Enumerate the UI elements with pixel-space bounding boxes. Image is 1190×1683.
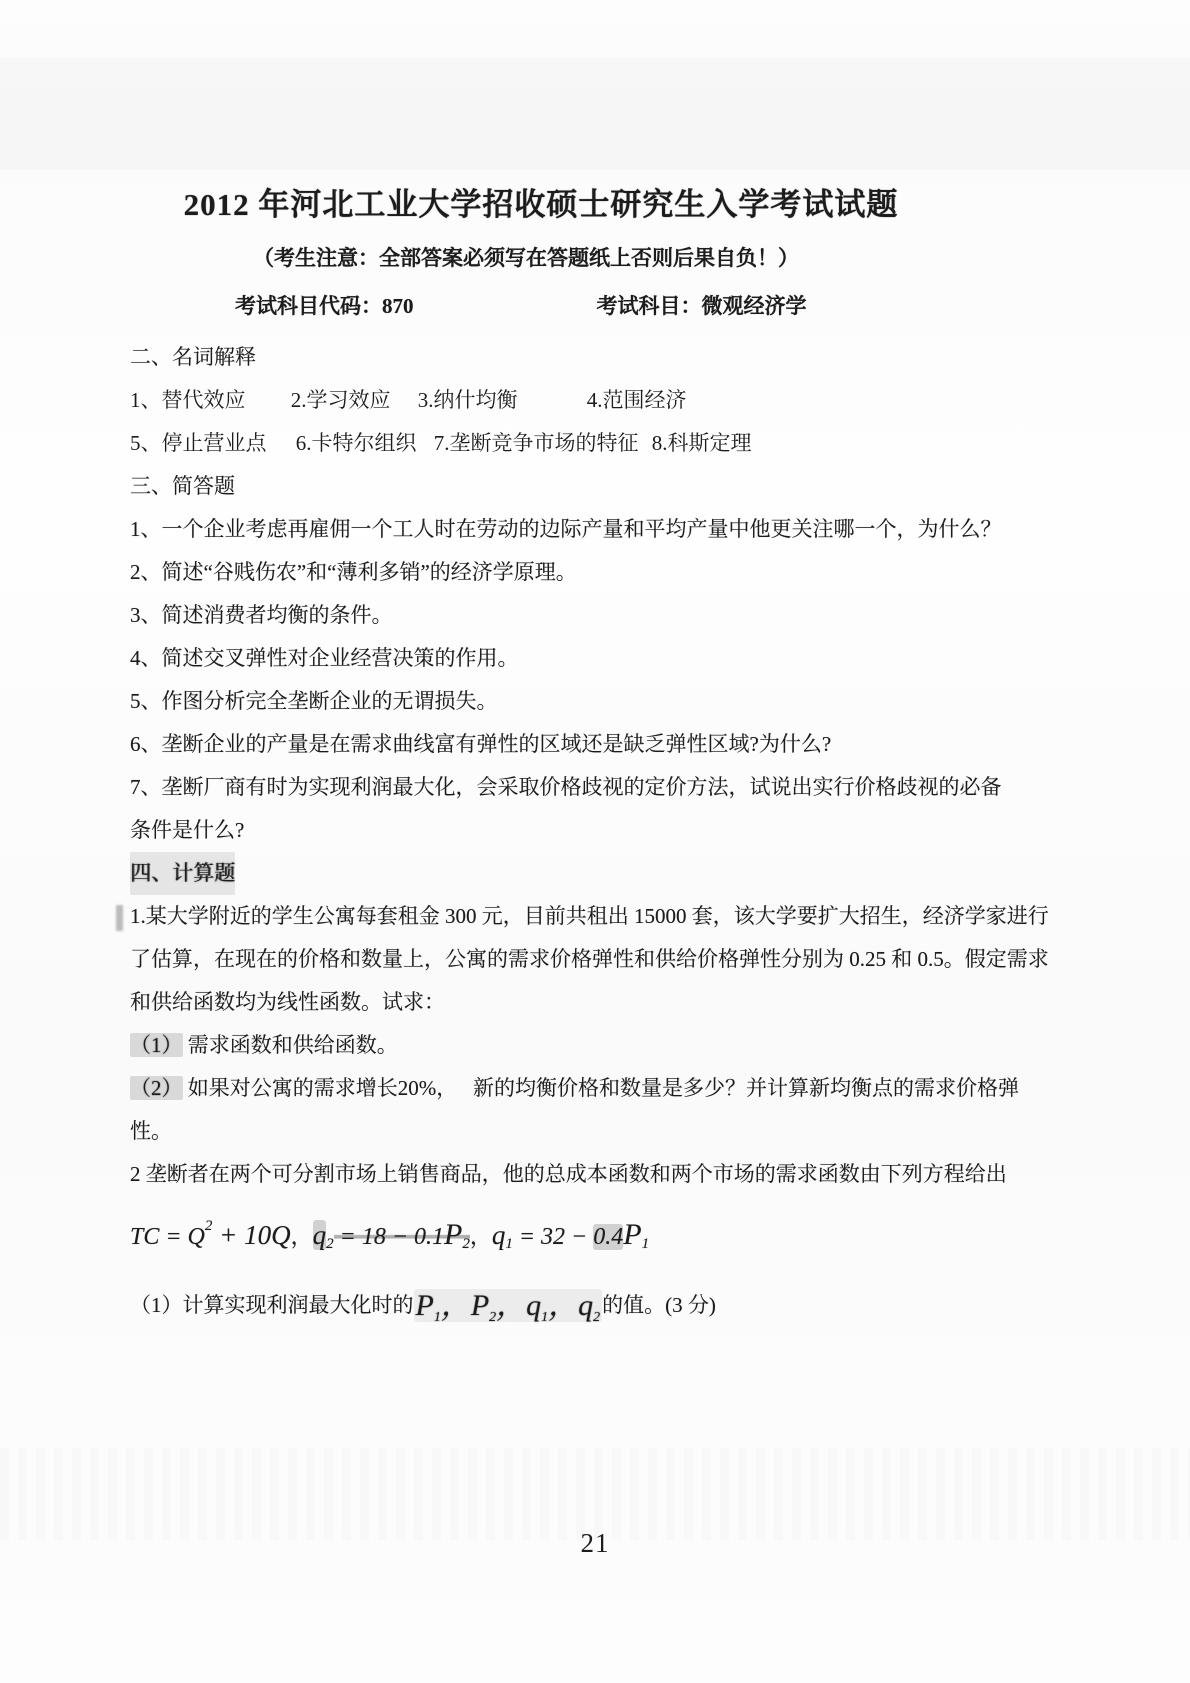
scan-artifact-band-top bbox=[0, 58, 1190, 170]
sub-question-text: 如果对公寓的需求增长20%， 新的均衡价格和数量是多少？并计算新均衡点的需求价格… bbox=[130, 1076, 1019, 1143]
subject-row: 考试科目代码：870 考试科目：微观经济学 bbox=[130, 290, 1072, 322]
sub-question-marker: （1） bbox=[130, 1033, 183, 1057]
scan-artifact-band-bottom bbox=[0, 1448, 1190, 1540]
calc-question-2-sub-1: （1）计算实现利润最大化时的P1，P2，q1，q2的值。(3 分) bbox=[130, 1284, 1070, 1339]
formula-q1-subscript: 1 bbox=[505, 1236, 513, 1252]
short-answer-question-6: 6、垄断企业的产量是在需求曲线富有弹性的区域还是缺乏弹性区域?为什么? bbox=[130, 723, 1030, 766]
terms-row-2: 5、停止营业点 6.卡特尔组织 7.垄断竞争市场的特征 8.科斯定理 bbox=[130, 422, 1072, 465]
math-p1: P bbox=[416, 1289, 434, 1322]
scanned-exam-page: 2012 年河北工业大学招收硕士研究生入学考试试题 （考生注意：全部答案必须写在… bbox=[0, 0, 1190, 1683]
formula-p1-subscript: 1 bbox=[642, 1236, 650, 1252]
math-separator: ， bbox=[441, 1289, 471, 1322]
calc-question-2-intro: 2 垄断者在两个可分割市场上销售商品，他的总成本函数和两个市场的需求函数由下列方… bbox=[130, 1153, 1048, 1196]
calc-question-1-text: 1.某大学附近的学生公寓每套租金 300 元，目前共租出 15000 套，该大学… bbox=[130, 904, 1049, 1014]
math-separator: ， bbox=[548, 1289, 578, 1322]
exam-content: 2012 年河北工业大学招收硕士研究生入学考试试题 （考生注意：全部答案必须写在… bbox=[130, 184, 1072, 1339]
formula-tc-tail: + 10Q bbox=[212, 1220, 290, 1250]
term-item: 4.范围经济 bbox=[587, 379, 687, 422]
sub-question-text-pre: （1）计算实现利润最大化时的 bbox=[130, 1293, 414, 1317]
formula-p1: P bbox=[623, 1218, 641, 1251]
subject-code: 考试科目代码：870 bbox=[235, 290, 414, 322]
formula-p2: P bbox=[444, 1218, 462, 1251]
subject-name: 考试科目：微观经济学 bbox=[597, 290, 807, 322]
section-heading-short-answer: 三、简答题 bbox=[130, 465, 1030, 508]
formula-q2: q bbox=[313, 1220, 327, 1250]
formula-tc: TC = Q bbox=[130, 1224, 205, 1250]
exam-notice: （考生注意：全部答案必须写在答题纸上否则后果自负！） bbox=[130, 242, 1072, 274]
math-q1: q bbox=[526, 1289, 541, 1322]
short-answer-question-3: 3、简述消费者均衡的条件。 bbox=[130, 594, 1030, 637]
section-heading-terms: 二、名词解释 bbox=[130, 336, 1030, 379]
formula-separator: ， bbox=[291, 1224, 313, 1249]
sub-question-text: 需求函数和供给函数。 bbox=[188, 1033, 398, 1057]
term-item: 5、停止营业点 bbox=[130, 422, 267, 465]
term-item: 2.学习效应 bbox=[291, 379, 391, 422]
formula-separator: ， bbox=[470, 1224, 492, 1249]
calc-question-1-body: 1.某大学附近的学生公寓每套租金 300 元，目前共租出 15000 套，该大学… bbox=[130, 895, 1056, 1024]
math-p1-subscript: 1 bbox=[434, 1310, 441, 1325]
calc-question-1-sub-1: （1） 需求函数和供给函数。 bbox=[130, 1024, 1030, 1067]
term-item: 6.卡特尔组织 bbox=[296, 422, 417, 465]
scan-artifact-tick bbox=[116, 905, 123, 931]
math-separator: ， bbox=[496, 1289, 526, 1322]
term-item: 3.纳什均衡 bbox=[418, 379, 518, 422]
calc-question-1-sub-2: （2） 如果对公寓的需求增长20%， 新的均衡价格和数量是多少？并计算新均衡点的… bbox=[130, 1067, 1035, 1153]
term-item: 8.科斯定理 bbox=[652, 422, 752, 465]
formula-q2-subscript: 2 bbox=[326, 1236, 334, 1252]
short-answer-question-1: 1、一个企业考虑再雇佣一个工人时在劳动的边际产量和平均产量中他更关注哪一个，为什… bbox=[130, 508, 1010, 551]
short-answer-question-2: 2、简述“谷贱伤农”和“薄利多销”的经济学原理。 bbox=[130, 551, 1030, 594]
page-number: 21 bbox=[0, 1528, 1190, 1559]
formula-q1-rhs: = 32 − bbox=[513, 1224, 593, 1250]
formula-q1: q bbox=[492, 1220, 506, 1250]
cost-and-demand-formula: TC = Q2 + 10Q，q2 = 18 − 0.1P2，q1 = 32 − … bbox=[130, 1200, 1072, 1270]
formula-q1-coefficient: 0.4 bbox=[593, 1224, 623, 1250]
inline-math-variables: P1，P2，q1，q2 bbox=[414, 1289, 603, 1322]
formula-q2-rhs: = 18 − 0.1 bbox=[334, 1224, 444, 1250]
sub-question-text-post: 的值。(3 分) bbox=[602, 1293, 716, 1317]
math-q2: q bbox=[578, 1289, 593, 1322]
terms-row-1: 1、替代效应 2.学习效应 3.纳什均衡 4.范围经济 bbox=[130, 379, 1072, 422]
section-heading-calculation: 四、计算题 bbox=[130, 852, 1030, 895]
short-answer-question-4: 4、简述交叉弹性对企业经营决策的作用。 bbox=[130, 637, 1030, 680]
math-p2: P bbox=[471, 1289, 489, 1322]
term-item: 7.垄断竞争市场的特征 bbox=[434, 422, 639, 465]
short-answer-question-7: 7、垄断厂商有时为实现利润最大化，会采取价格歧视的定价方法，试说出实行价格歧视的… bbox=[130, 766, 1020, 852]
sub-question-marker: （2） bbox=[130, 1076, 183, 1100]
exam-title: 2012 年河北工业大学招收硕士研究生入学考试试题 bbox=[130, 184, 1072, 226]
formula-p2-subscript: 2 bbox=[462, 1236, 470, 1252]
term-item: 1、替代效应 bbox=[130, 379, 246, 422]
math-q2-subscript: 2 bbox=[593, 1310, 600, 1325]
calculation-heading-text: 四、计算题 bbox=[130, 852, 235, 895]
short-answer-question-5: 5、作图分析完全垄断企业的无谓损失。 bbox=[130, 680, 1030, 723]
